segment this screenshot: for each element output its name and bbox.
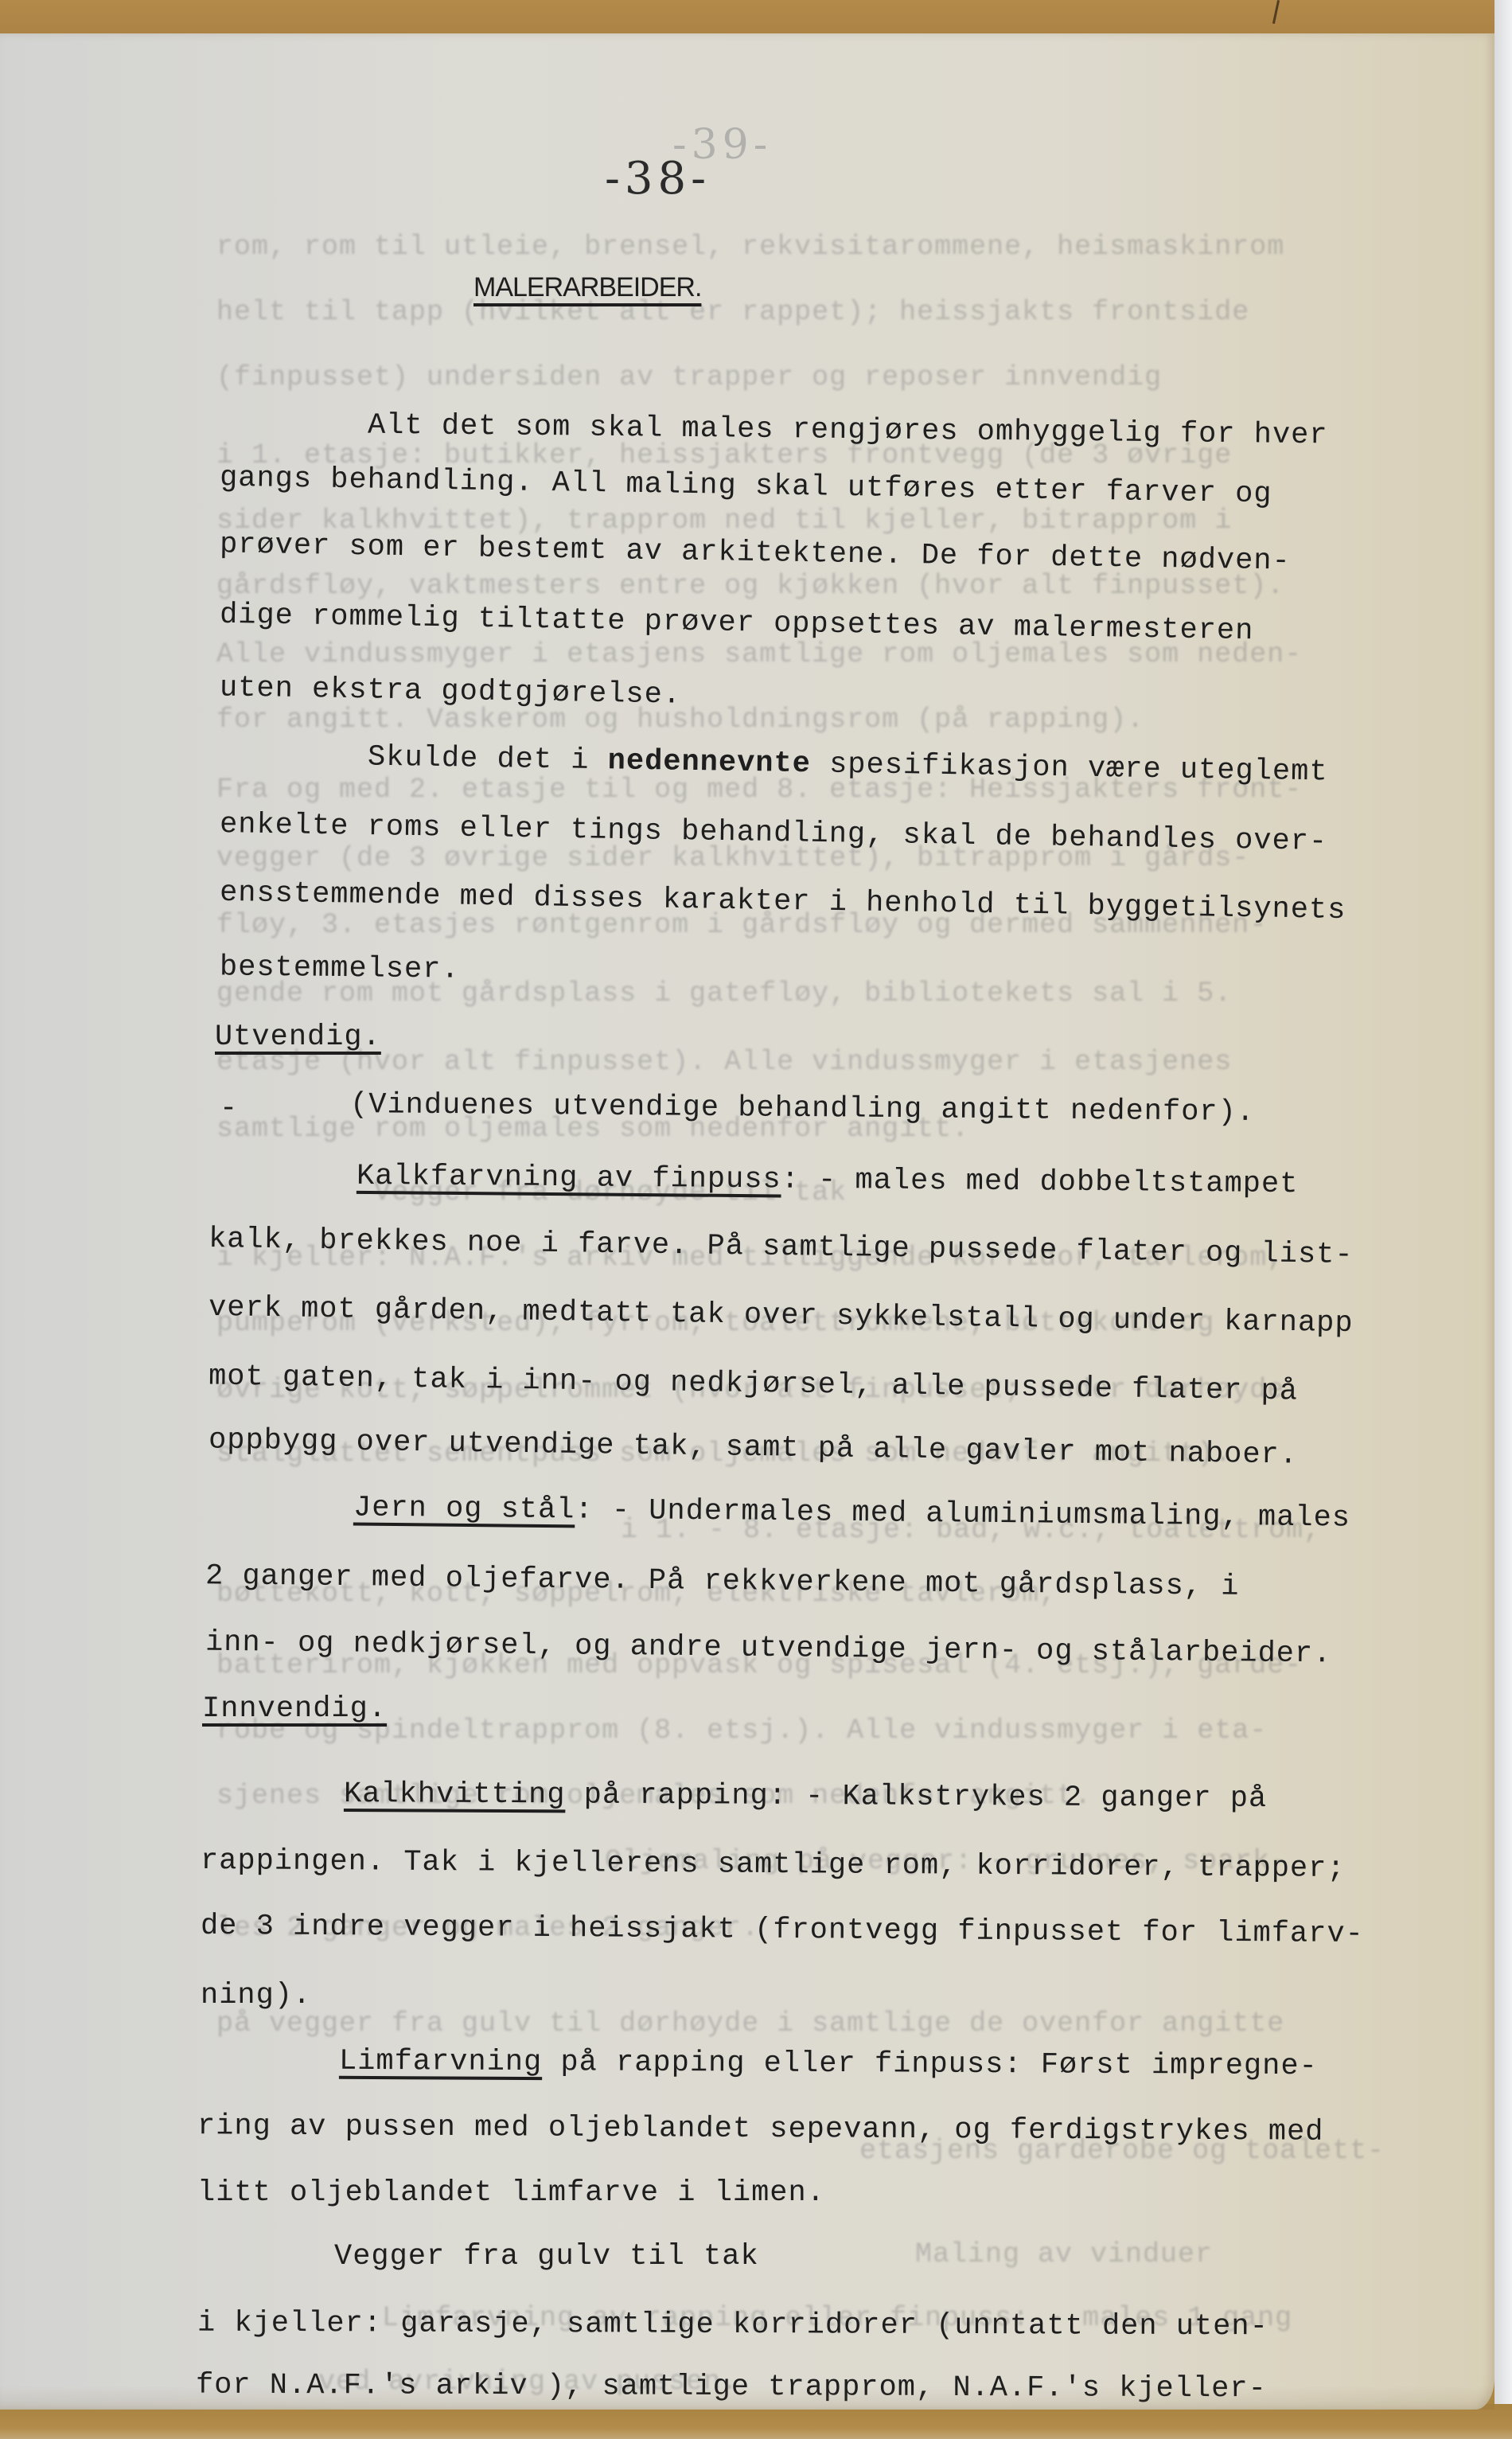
- body-line: ring av pussen med oljeblandet sepevann,…: [197, 2109, 1324, 2148]
- page-title: MALERARBEIDER.: [473, 272, 701, 303]
- bleed-line: Alle vindussmyger i etasjens samtlige ro…: [216, 638, 1490, 670]
- page-number: -38-: [605, 153, 711, 205]
- bleed-line: (finpusset) undersiden av trapper og rep…: [216, 361, 1490, 393]
- text-span: på rapping eller finpuss: Først impregne…: [542, 2046, 1318, 2083]
- body-line: de 3 indre vegger i heissjakt (frontvegg…: [201, 1910, 1364, 1951]
- subsection-label: Kalkfarvning av finpuss: [357, 1160, 781, 1197]
- subsection-label: Jern og stål: [353, 1491, 575, 1527]
- bleed-line: Maling av vinduer: [915, 2238, 1512, 2270]
- subsection-kalkhvitting: Kalkhvitting på rapping: - Kalkstrykes 2…: [344, 1778, 1267, 1816]
- heading-text: Utvendig.: [215, 1020, 381, 1054]
- section-heading-utvendig: Utvendig.: [215, 1020, 381, 1054]
- dash-marker: -: [220, 1092, 238, 1126]
- body-line: rappingen. Tak i kjellerens samtlige rom…: [201, 1844, 1346, 1886]
- heading-text: Innvendig.: [202, 1692, 387, 1726]
- subsection-label: Limfarvning: [339, 2045, 542, 2079]
- scan-edge: [1494, 0, 1512, 2439]
- backing-crack: [1272, 0, 1280, 24]
- subsection-label: Kalkhvitting: [344, 1778, 566, 1812]
- subsection-jern-og-stal: Jern og stål: - Undermales med aluminium…: [353, 1491, 1350, 1535]
- bleed-line: gårdsfløy, vaktmesters entre og kjøkken …: [216, 570, 1490, 602]
- body-line: for N.A.F.'s arkiv ), samtlige trapprom,…: [196, 2369, 1267, 2406]
- body-line: litt oljeblandet limfarve i limen.: [197, 2176, 825, 2210]
- section-heading-innvendig: Innvendig.: [202, 1692, 387, 1726]
- body-line: i kjeller: garasje, samtlige korridorer …: [197, 2307, 1268, 2344]
- bleed-line: for angitt. Vaskerom og husholdningsrom …: [216, 704, 1490, 736]
- text-span: Skulde det i: [368, 741, 608, 779]
- bleed-line: på vegger fra gulv til dørhøyde i samtli…: [216, 2008, 1490, 2039]
- typewritten-page: rom, rom til utleie, brensel, rekvisitar…: [0, 33, 1494, 2410]
- bleed-line: robe og spindeltrapprom (8. etsj.). Alle…: [216, 1715, 1490, 1746]
- text-span: : - males med dobbeltstampet: [781, 1163, 1299, 1201]
- subsection-vegger-heading: Vegger fra gulv til tak: [334, 2240, 759, 2273]
- text-span-bold: nedennevnte: [607, 744, 811, 781]
- subsection-limfarvning: Limfarvning på rapping eller finpuss: Fø…: [339, 2045, 1318, 2083]
- body-line: ning).: [201, 1979, 311, 2012]
- bleed-line: etasje (hvor alt finpusset). Alle vindus…: [216, 1046, 1490, 1078]
- title-text: MALERARBEIDER.: [473, 272, 701, 302]
- bleed-line: rom, rom til utleie, brensel, rekvisitar…: [216, 231, 1490, 263]
- text-span: på rapping: - Kalkstrykes 2 ganger på: [565, 1778, 1267, 1816]
- body-line: bestemmelser.: [220, 950, 460, 986]
- bleed-line: helt til tapp (hvilket alt er rappet); h…: [216, 296, 1490, 328]
